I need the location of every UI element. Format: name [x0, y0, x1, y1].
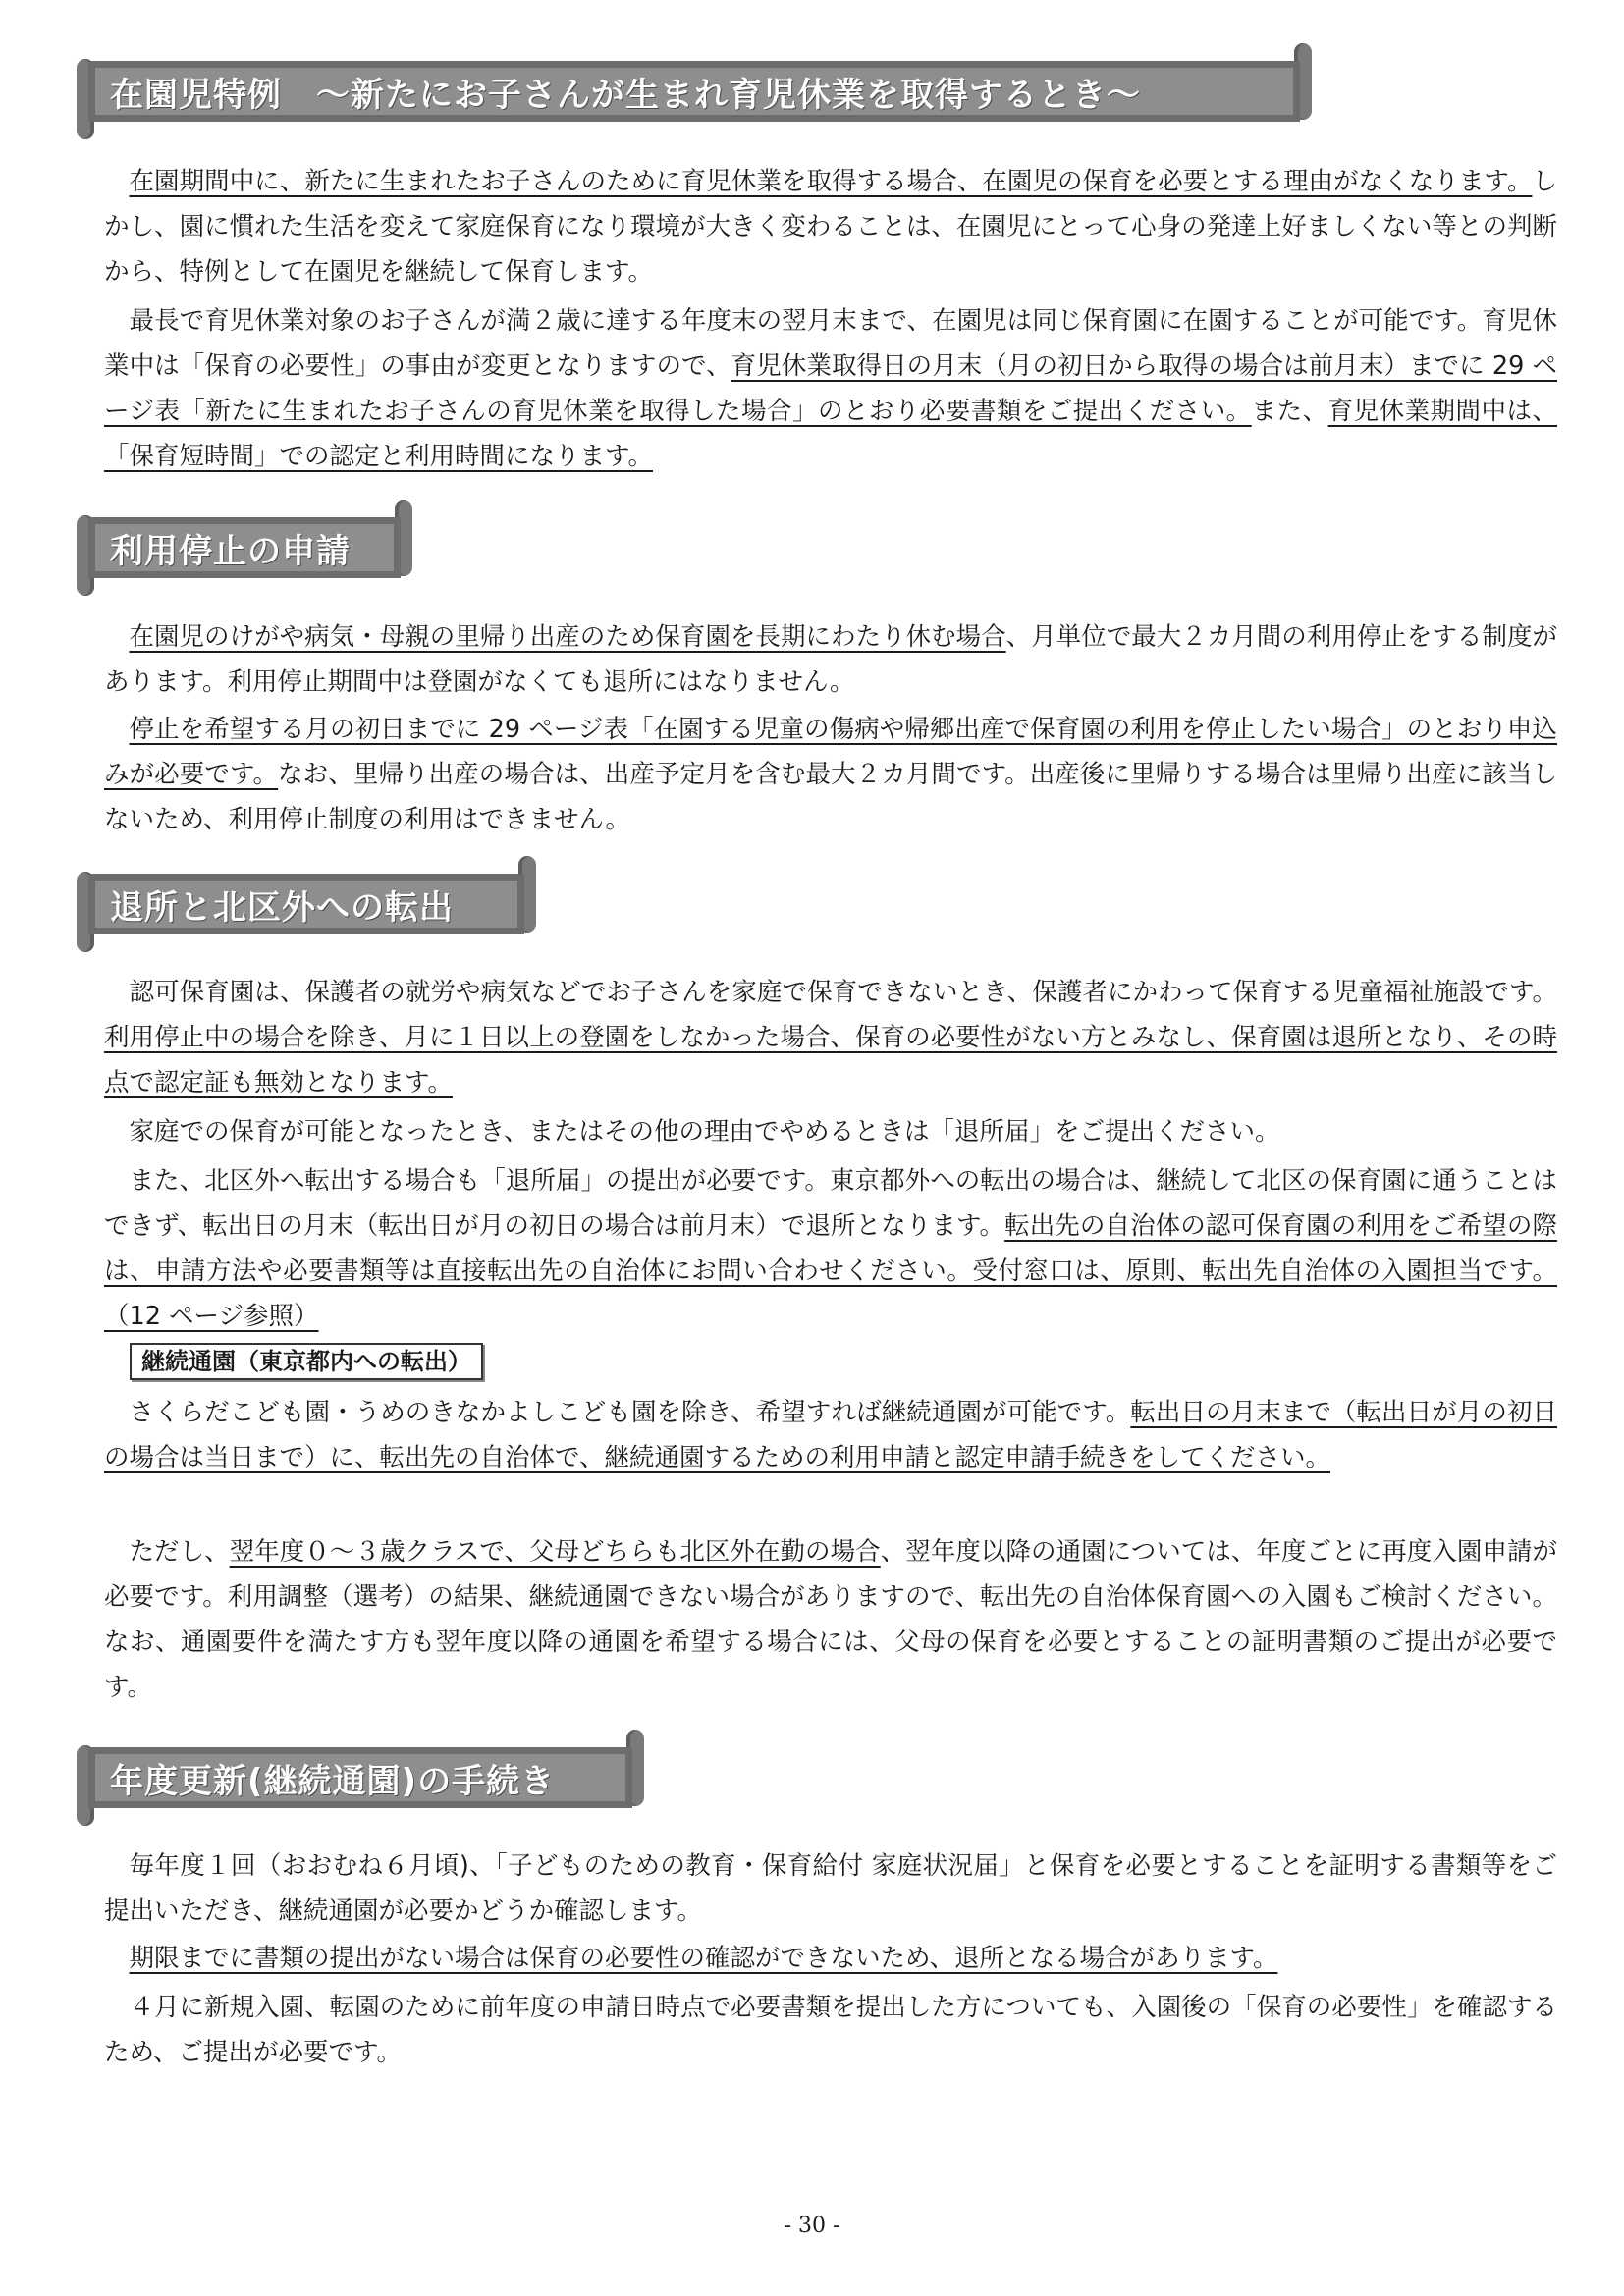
section-title: 年度更新(継続通園)の手続き	[110, 1737, 555, 1818]
text: 認可保育園は、保護者の就労や病気などでお子さんを家庭で保育できないとき、保護者に…	[130, 978, 1558, 1007]
underlined-text: 期限までに書類の提出がない場合は保育の必要性の確認ができないため、退所となる場合…	[130, 1944, 1278, 1973]
text: 毎年度１回（おおむね６月頃)、「子どものための教育・保育給付 家庭状況届」と保育…	[104, 1851, 1557, 1926]
document-page: 在園児特例 ～新たにお子さんが生まれ育児休業を取得するとき～ 在園期間中に、新た…	[0, 0, 1624, 2296]
section-title: 在園児特例 ～新たにお子さんが生まれ育児休業を取得するとき～	[110, 51, 1141, 132]
text: ４月に新規入園、転園のために前年度の申請日時点で必要書類を提出した方についても、…	[104, 1993, 1557, 2067]
text: また、	[1252, 397, 1328, 426]
paragraph: 在園児のけがや病気・母親の里帰り出産のため保育園を長期にわたり休む場合、月単位で…	[104, 614, 1557, 705]
section-banner-riyou-teishi: 利用停止の申請	[77, 507, 412, 588]
paragraph: さくらだこども園・うめのきなかよしこども園を除き、希望すれば継続通園が可能です。…	[104, 1390, 1557, 1480]
text: 家庭での保育が可能となったとき、またはその他の理由でやめるときは「退所届」をご提…	[130, 1117, 1280, 1147]
underlined-text: 翌年度０～３歳クラスで、父母どちらも北区外在勤の場合	[230, 1537, 881, 1567]
paragraph: 最長で育児休業対象のお子さんが満２歳に達する年度末の翌月末まで、在園児は同じ保育…	[104, 298, 1557, 479]
section-title: 利用停止の申請	[110, 507, 351, 588]
section-banner-nendo-koushin: 年度更新(継続通園)の手続き	[77, 1737, 644, 1818]
paragraph: 認可保育園は、保護者の就労や病気などでお子さんを家庭で保育できないとき、保護者に…	[104, 970, 1557, 1105]
paragraph: また、北区外へ転出する場合も「退所届」の提出が必要です。東京都外への転出の場合は…	[104, 1158, 1557, 1339]
text: ただし、	[130, 1537, 230, 1567]
paragraph: ただし、翌年度０～３歳クラスで、父母どちらも北区外在勤の場合、翌年度以降の通園に…	[104, 1529, 1557, 1710]
subsection-heading: 継続通園（東京都内への転出）	[130, 1343, 483, 1380]
text: さくらだこども園・うめのきなかよしこども園を除き、希望すれば継続通園が可能です。	[130, 1398, 1131, 1427]
underlined-text: 在園児のけがや病気・母親の里帰り出産のため保育園を長期にわたり休む場合	[130, 622, 1006, 652]
paragraph: 毎年度１回（おおむね６月頃)、「子どものための教育・保育給付 家庭状況届」と保育…	[104, 1843, 1557, 1934]
underlined-text: 在園期間中に、新たに生まれたお子さんのために育児休業を取得する場合、在園児の保育…	[130, 167, 1533, 196]
paragraph: 期限までに書類の提出がない場合は保育の必要性の確認ができないため、退所となる場合…	[104, 1936, 1557, 1981]
text: なお、里帰り出産の場合は、出産予定月を含む最大２カ月間です。出産後に里帰りする場…	[104, 760, 1557, 834]
page-number: - 30 -	[0, 2214, 1624, 2238]
section-title: 退所と北区外への転出	[110, 864, 454, 944]
paragraph: 在園期間中に、新たに生まれたお子さんのために育児休業を取得する場合、在園児の保育…	[104, 159, 1557, 294]
paragraph: ４月に新規入園、転園のために前年度の申請日時点で必要書類を提出した方についても、…	[104, 1985, 1557, 2075]
section-banner-zaien-tokurei: 在園児特例 ～新たにお子さんが生まれ育児休業を取得するとき～	[77, 51, 1312, 132]
underlined-text: 利用停止中の場合を除き、月に１日以上の登園をしなかった場合、保育の必要性がない方…	[104, 1023, 1557, 1097]
paragraph: 停止を希望する月の初日までに 29 ページ表「在園する児童の傷病や帰郷出産で保育…	[104, 707, 1557, 842]
section-banner-taisho-tenshutsu: 退所と北区外への転出	[77, 864, 536, 944]
paragraph: 家庭での保育が可能となったとき、またはその他の理由でやめるときは「退所届」をご提…	[104, 1109, 1557, 1154]
